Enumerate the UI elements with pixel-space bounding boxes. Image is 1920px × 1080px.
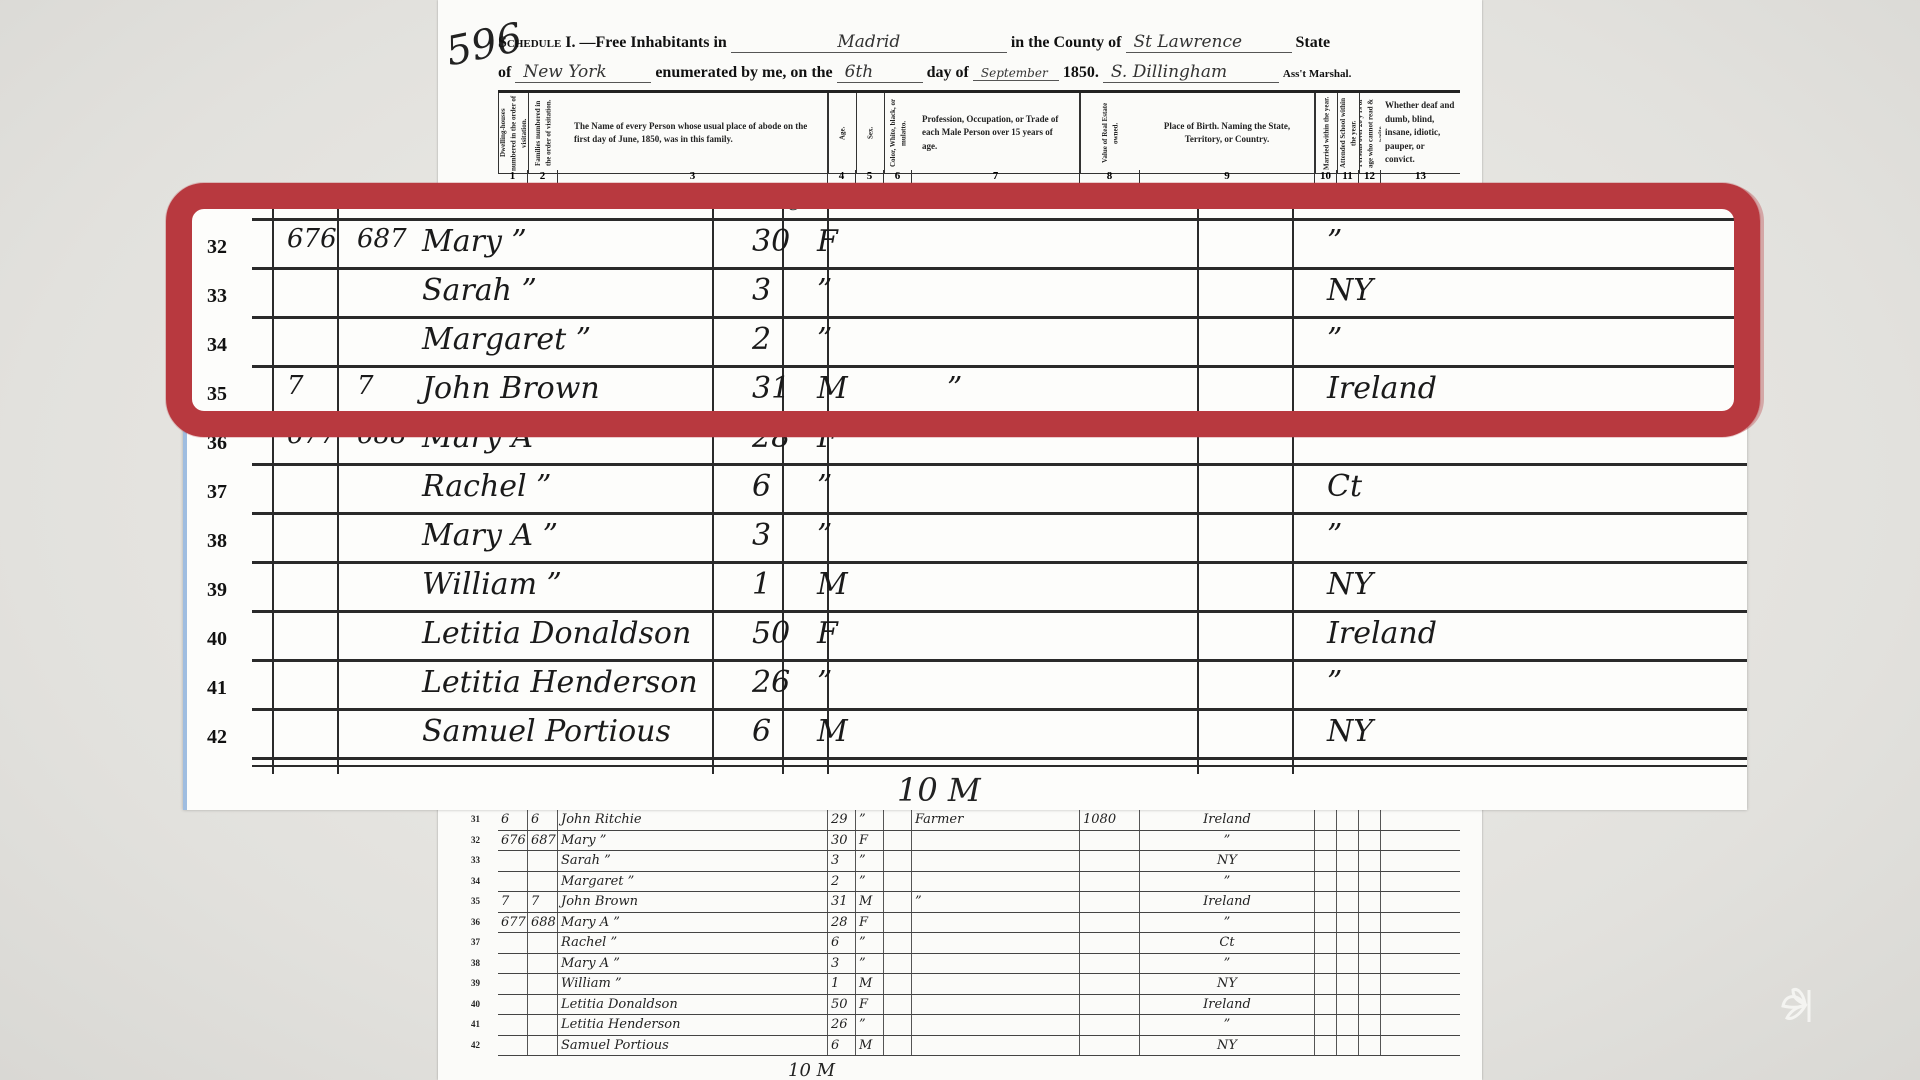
table-cell bbox=[528, 954, 558, 974]
table-cell: F bbox=[856, 995, 884, 1015]
table-row: 32676687Mary ”30F” bbox=[498, 831, 1460, 852]
line-number: 42 bbox=[468, 1036, 483, 1055]
table-cell: 50 bbox=[828, 995, 856, 1015]
col-num: 4 bbox=[828, 170, 856, 184]
cell-family: 688 bbox=[357, 420, 407, 450]
cell-birthplace: ” bbox=[1327, 665, 1342, 700]
table-cell bbox=[1381, 933, 1460, 953]
table-cell bbox=[498, 1036, 528, 1056]
table-cell bbox=[1359, 1015, 1381, 1035]
table-cell: Ireland bbox=[1140, 995, 1315, 1015]
cell-birthplace: NY bbox=[1327, 273, 1373, 308]
cell-sex: ” bbox=[817, 193, 832, 210]
table-cell bbox=[1381, 974, 1460, 994]
enlarged-row: 38Mary A ”3”” bbox=[187, 516, 1747, 564]
table-cell bbox=[884, 892, 912, 912]
table-cell bbox=[1337, 831, 1359, 851]
line-number: 31 bbox=[468, 810, 483, 829]
col-num: 10 bbox=[1315, 170, 1337, 184]
cell-age: 26 bbox=[752, 665, 790, 700]
cell-age: 29 bbox=[752, 193, 790, 210]
table-cell bbox=[498, 851, 528, 871]
cell-occupation: Farmer bbox=[947, 193, 1059, 210]
table-cell bbox=[1359, 831, 1381, 851]
cell-family: 687 bbox=[357, 224, 407, 254]
table-cell: ” bbox=[856, 810, 884, 830]
table-cell bbox=[1359, 995, 1381, 1015]
table-cell: 29 bbox=[828, 810, 856, 830]
table-cell bbox=[1315, 892, 1337, 912]
cell-name: Rachel ” bbox=[422, 469, 552, 504]
header-prefix: —Free Inhabitants in bbox=[580, 34, 727, 51]
table-row: 3577John Brown31M”Ireland bbox=[498, 892, 1460, 913]
table-cell bbox=[912, 913, 1080, 933]
cell-sex: M bbox=[817, 567, 848, 602]
cell-sex: ” bbox=[817, 273, 832, 308]
table-cell: ” bbox=[856, 851, 884, 871]
table-cell bbox=[1359, 892, 1381, 912]
enlarged-row: 40Letitia Donaldson50FIreland bbox=[187, 614, 1747, 662]
col-num: 2 bbox=[528, 170, 558, 184]
table-cell bbox=[1359, 1036, 1381, 1056]
cell-birthplace: Ireland bbox=[1327, 616, 1437, 651]
of-label: of bbox=[498, 64, 511, 81]
table-cell: M bbox=[856, 1036, 884, 1056]
row-rule bbox=[252, 218, 1747, 221]
table-cell: ” bbox=[1140, 913, 1315, 933]
marshal-signature: S. Dillingham bbox=[1103, 62, 1279, 83]
table-cell: 3 bbox=[828, 954, 856, 974]
table-cell: 6 bbox=[528, 810, 558, 830]
table-row: 42Samuel Portious6MNY bbox=[498, 1036, 1460, 1057]
table-cell bbox=[912, 851, 1080, 871]
table-cell: Mary ” bbox=[558, 831, 828, 851]
cell-age: 31 bbox=[752, 371, 790, 406]
month-field: September bbox=[973, 66, 1059, 81]
col-num: 6 bbox=[884, 170, 912, 184]
table-cell: 30 bbox=[828, 831, 856, 851]
table-cell bbox=[1315, 1015, 1337, 1035]
table-cell bbox=[1381, 995, 1460, 1015]
line-number: 35 bbox=[207, 383, 227, 406]
table-cell bbox=[1359, 954, 1381, 974]
table-cell bbox=[1080, 995, 1140, 1015]
table-cell: Ireland bbox=[1140, 892, 1315, 912]
cell-dwelling: 7 bbox=[287, 371, 304, 401]
table-row: 40Letitia Donaldson50FIreland bbox=[498, 995, 1460, 1016]
table-cell bbox=[1359, 933, 1381, 953]
cell-birthplace: Ireland bbox=[1327, 371, 1437, 406]
table-cell: William ” bbox=[558, 974, 828, 994]
row-rule bbox=[252, 708, 1747, 711]
table-cell bbox=[1080, 933, 1140, 953]
cell-sex: ” bbox=[817, 518, 832, 553]
line-number: 38 bbox=[207, 530, 227, 553]
town-field: Madrid bbox=[731, 32, 1007, 53]
table-cell: Samuel Portious bbox=[558, 1036, 828, 1056]
col-num: 8 bbox=[1080, 170, 1140, 184]
cell-birthplace: Ireland bbox=[1327, 193, 1437, 210]
cell-sex: F bbox=[817, 616, 838, 651]
table-cell: 687 bbox=[528, 831, 558, 851]
cell-name: Mary ” bbox=[422, 224, 527, 259]
table-cell bbox=[884, 974, 912, 994]
table-cell bbox=[912, 831, 1080, 851]
table-cell: ” bbox=[1140, 954, 1315, 974]
cell-name: Letitia Henderson bbox=[422, 665, 698, 700]
table-cell: NY bbox=[1140, 1036, 1315, 1056]
table-cell: Ireland bbox=[1140, 810, 1315, 830]
table-cell bbox=[1315, 933, 1337, 953]
table-cell: 1080 bbox=[1080, 810, 1140, 830]
table-cell: 7 bbox=[528, 892, 558, 912]
line-number: 34 bbox=[468, 872, 483, 891]
table-cell bbox=[528, 1015, 558, 1035]
row-rule bbox=[252, 414, 1747, 417]
col-num: 3 bbox=[558, 170, 828, 184]
table-cell bbox=[1381, 810, 1460, 830]
table-cell: 677 bbox=[498, 913, 528, 933]
enlarged-row: 33Sarah ”3”NY bbox=[187, 271, 1747, 319]
table-cell: ” bbox=[856, 954, 884, 974]
day-field: 6th bbox=[837, 62, 923, 83]
cell-sex: ” bbox=[817, 469, 832, 504]
table-cell: ” bbox=[856, 1015, 884, 1035]
table-cell bbox=[528, 872, 558, 892]
table-cell bbox=[1080, 1015, 1140, 1035]
cell-birthplace: Ct bbox=[1327, 469, 1362, 504]
enlarged-excerpt: Margaret Clark 12 F 10 M 3166John Ritchi… bbox=[183, 193, 1747, 810]
col-num: 5 bbox=[856, 170, 884, 184]
table-cell: 6 bbox=[498, 810, 528, 830]
table-cell bbox=[498, 954, 528, 974]
cell-age: 50 bbox=[752, 616, 790, 651]
col-head-8: Value of Real Estate owned. bbox=[1080, 93, 1140, 173]
line-number: 33 bbox=[468, 851, 483, 870]
line-number: 36 bbox=[207, 432, 227, 455]
line-number: 37 bbox=[468, 933, 483, 952]
table-cell bbox=[1315, 872, 1337, 892]
table-cell: NY bbox=[1140, 974, 1315, 994]
table-cell bbox=[1337, 913, 1359, 933]
table-cell bbox=[912, 974, 1080, 994]
table-cell bbox=[528, 974, 558, 994]
table-cell bbox=[1337, 974, 1359, 994]
enlarged-row: 3166John Ritchie29”Farmer1080Ireland bbox=[187, 193, 1747, 221]
table-cell bbox=[912, 1015, 1080, 1035]
table-cell: Letitia Henderson bbox=[558, 1015, 828, 1035]
leaf-logo-icon bbox=[1775, 982, 1823, 1028]
table-cell: 6 bbox=[828, 1036, 856, 1056]
table-row: 3166John Ritchie29”Farmer1080Ireland bbox=[498, 810, 1460, 831]
table-cell bbox=[528, 851, 558, 871]
col-num: 12 bbox=[1359, 170, 1381, 184]
cell-occupation: ” bbox=[947, 371, 962, 406]
col-head-11: Attended School within the year. bbox=[1337, 93, 1359, 173]
table-end-rule bbox=[252, 765, 1747, 767]
row-rule bbox=[252, 610, 1747, 613]
table-cell bbox=[1359, 913, 1381, 933]
cell-birthplace: ” bbox=[1327, 322, 1342, 357]
table-cell: 688 bbox=[528, 913, 558, 933]
table-cell: Mary A ” bbox=[558, 954, 828, 974]
cell-sex: F bbox=[817, 420, 838, 455]
cell-sex: F bbox=[817, 224, 838, 259]
col-head-5: Sex. bbox=[856, 93, 884, 173]
table-cell bbox=[1337, 995, 1359, 1015]
col-head-13: Whether deaf and dumb, blind, insane, id… bbox=[1381, 93, 1460, 173]
col-num: 1 bbox=[498, 170, 528, 184]
table-cell: ” bbox=[1140, 872, 1315, 892]
table-cell bbox=[1080, 1036, 1140, 1056]
line-number: 37 bbox=[207, 481, 227, 504]
col-num: 7 bbox=[912, 170, 1080, 184]
table-cell: Ct bbox=[1140, 933, 1315, 953]
line-number: 40 bbox=[468, 995, 483, 1014]
line-number: 35 bbox=[468, 892, 483, 911]
line-number: 36 bbox=[468, 913, 483, 932]
table-cell bbox=[1337, 810, 1359, 830]
table-cell: 26 bbox=[828, 1015, 856, 1035]
cell-age: 1 bbox=[752, 567, 771, 602]
table-row: 37Rachel ”6”Ct bbox=[498, 933, 1460, 954]
table-cell bbox=[1080, 974, 1140, 994]
col-head-7: Profession, Occupation, or Trade of each… bbox=[912, 93, 1080, 173]
table-cell bbox=[1315, 995, 1337, 1015]
table-cell bbox=[1381, 954, 1460, 974]
table-cell bbox=[1337, 1015, 1359, 1035]
table-cell bbox=[1080, 892, 1140, 912]
table-cell: M bbox=[856, 892, 884, 912]
table-cell bbox=[1315, 851, 1337, 871]
table-cell bbox=[1080, 831, 1140, 851]
table-cell bbox=[498, 933, 528, 953]
cell-age: 6 bbox=[752, 469, 771, 504]
line-number: 40 bbox=[207, 628, 227, 651]
schedule-label: Schedule I. bbox=[498, 34, 576, 51]
enlarged-row: 34Margaret ”2”” bbox=[187, 320, 1747, 368]
table-cell bbox=[912, 872, 1080, 892]
table-cell bbox=[884, 1036, 912, 1056]
enlarged-row: 32676687Mary ”30F” bbox=[187, 222, 1747, 270]
cell-name: William ” bbox=[422, 567, 562, 602]
table-cell bbox=[1080, 954, 1140, 974]
table-cell: Mary A ” bbox=[558, 913, 828, 933]
enlarged-row: 41Letitia Henderson26”” bbox=[187, 663, 1747, 711]
row-rule bbox=[252, 365, 1747, 368]
line-number: 42 bbox=[207, 726, 227, 749]
table-cell: 6 bbox=[828, 933, 856, 953]
tally-small: 10 M bbox=[788, 1060, 835, 1080]
enlarged-row: 37Rachel ”6”Ct bbox=[187, 467, 1747, 515]
table-cell bbox=[1337, 933, 1359, 953]
row-rule bbox=[252, 267, 1747, 270]
table-cell bbox=[1381, 913, 1460, 933]
table-cell bbox=[884, 810, 912, 830]
col-head-2: Families numbered in the order of visita… bbox=[528, 93, 558, 173]
year-label: 1850. bbox=[1063, 64, 1099, 81]
table-row: 38Mary A ”3”” bbox=[498, 954, 1460, 975]
table-cell bbox=[884, 851, 912, 871]
tally: 10 M bbox=[897, 771, 981, 809]
row-rule bbox=[252, 757, 1747, 760]
table-cell bbox=[1080, 851, 1140, 871]
cell-birthplace: ” bbox=[1327, 224, 1342, 259]
cell-name: Samuel Portious bbox=[422, 714, 671, 749]
table-cell bbox=[1337, 1036, 1359, 1056]
table-cell: M bbox=[856, 974, 884, 994]
col-head-3: The Name of every Person whose usual pla… bbox=[558, 93, 828, 173]
table-cell bbox=[912, 933, 1080, 953]
table-cell bbox=[1359, 872, 1381, 892]
table-cell: John Brown bbox=[558, 892, 828, 912]
table-cell bbox=[498, 1015, 528, 1035]
col-head-1: Dwelling-houses numbered in the order of… bbox=[498, 93, 528, 173]
cell-name: John Ritchie bbox=[422, 193, 608, 210]
table-cell bbox=[884, 831, 912, 851]
line-number: 41 bbox=[468, 1015, 483, 1034]
table-cell bbox=[1315, 974, 1337, 994]
table-row: 39William ”1MNY bbox=[498, 974, 1460, 995]
table-cell bbox=[884, 933, 912, 953]
table-cell bbox=[1315, 913, 1337, 933]
line-number: 39 bbox=[468, 974, 483, 993]
cell-name: Mary A ” bbox=[422, 518, 558, 553]
table-cell bbox=[1315, 810, 1337, 830]
table-cell bbox=[1381, 1036, 1460, 1056]
table-cell: Farmer bbox=[912, 810, 1080, 830]
cell-birthplace: NY bbox=[1327, 567, 1373, 602]
table-cell bbox=[884, 913, 912, 933]
state-label: State bbox=[1296, 34, 1331, 51]
col-head-6: Color, White, black, or mulatto. bbox=[884, 93, 912, 173]
cell-age: 2 bbox=[752, 322, 771, 357]
table-cell bbox=[1080, 913, 1140, 933]
table-cell: 1 bbox=[828, 974, 856, 994]
table-cell bbox=[528, 933, 558, 953]
table-cell bbox=[884, 1015, 912, 1035]
table-cell bbox=[1359, 851, 1381, 871]
cell-real-estate: 1080 bbox=[1157, 193, 1233, 210]
cell-age: 28 bbox=[752, 420, 790, 455]
table-cell bbox=[1337, 851, 1359, 871]
cell-name: John Brown bbox=[422, 371, 600, 406]
county-field: St Lawrence bbox=[1126, 32, 1292, 53]
table-cell: ” bbox=[1140, 1015, 1315, 1035]
cell-name: Margaret ” bbox=[422, 322, 591, 357]
table-cell bbox=[1359, 810, 1381, 830]
col-num: 9 bbox=[1140, 170, 1315, 184]
cell-name: Mary A ” bbox=[422, 420, 558, 455]
line-number: 39 bbox=[207, 579, 227, 602]
table-cell: ” bbox=[912, 892, 1080, 912]
table-cell bbox=[1337, 872, 1359, 892]
cell-birthplace: ” bbox=[1327, 518, 1342, 553]
line-number: 32 bbox=[468, 831, 483, 850]
column-numbers: 1 2 3 4 5 6 7 8 9 10 11 12 13 bbox=[498, 170, 1460, 185]
header-line-2: of New York enumerated by me, on the 6th… bbox=[498, 62, 1351, 83]
table-cell bbox=[912, 995, 1080, 1015]
cell-age: 30 bbox=[752, 224, 790, 259]
table-cell: Rachel ” bbox=[558, 933, 828, 953]
col-head-4: Age. bbox=[828, 93, 856, 173]
table-cell bbox=[528, 995, 558, 1015]
table-cell bbox=[884, 954, 912, 974]
header-line-1: Schedule I. —Free Inhabitants in Madrid … bbox=[498, 32, 1330, 53]
enlarged-row: 42Samuel Portious6MNY bbox=[187, 712, 1747, 760]
table-row: 34Margaret ”2”” bbox=[498, 872, 1460, 893]
table-row: 36677688Mary A ”28F” bbox=[498, 913, 1460, 934]
row-rule bbox=[252, 659, 1747, 662]
cell-sex: ” bbox=[817, 322, 832, 357]
table-cell: NY bbox=[1140, 851, 1315, 871]
table-cell: Sarah ” bbox=[558, 851, 828, 871]
col-num: 13 bbox=[1381, 170, 1460, 184]
table-cell: 3 bbox=[828, 851, 856, 871]
row-rule bbox=[252, 561, 1747, 564]
column-headers: Dwelling-houses numbered in the order of… bbox=[498, 90, 1460, 174]
state-field: New York bbox=[515, 62, 651, 83]
enumerated-label: enumerated by me, on the bbox=[655, 64, 832, 81]
table-cell: ” bbox=[1140, 831, 1315, 851]
line-number: 34 bbox=[207, 334, 227, 357]
census-table-small: 3166John Ritchie29”Farmer1080Ireland3267… bbox=[498, 810, 1460, 1056]
table-cell: ” bbox=[856, 872, 884, 892]
enlarged-row: 3577John Brown31M”Ireland bbox=[187, 369, 1747, 417]
cell-sex: M bbox=[817, 371, 848, 406]
line-number: 41 bbox=[207, 677, 227, 700]
col-head-12: Persons over 20 y'rs of age who cannot r… bbox=[1359, 93, 1381, 173]
cell-sex: ” bbox=[817, 665, 832, 700]
cell-age: 3 bbox=[752, 518, 771, 553]
cell-sex: M bbox=[817, 714, 848, 749]
cell-name: Sarah ” bbox=[422, 273, 537, 308]
table-cell bbox=[498, 974, 528, 994]
table-cell: 31 bbox=[828, 892, 856, 912]
row-rule bbox=[252, 316, 1747, 319]
table-cell: John Ritchie bbox=[558, 810, 828, 830]
table-cell: Letitia Donaldson bbox=[558, 995, 828, 1015]
table-cell bbox=[1381, 872, 1460, 892]
table-cell bbox=[912, 954, 1080, 974]
table-cell bbox=[1315, 954, 1337, 974]
col-head-9: Place of Birth. Naming the State, Territ… bbox=[1140, 93, 1315, 173]
line-number: 32 bbox=[207, 236, 227, 259]
row-rule bbox=[252, 463, 1747, 466]
table-cell: 28 bbox=[828, 913, 856, 933]
cell-name: Letitia Donaldson bbox=[422, 616, 691, 651]
table-cell: F bbox=[856, 831, 884, 851]
table-cell bbox=[1080, 872, 1140, 892]
table-cell bbox=[884, 995, 912, 1015]
table-cell: 7 bbox=[498, 892, 528, 912]
line-number: 33 bbox=[207, 285, 227, 308]
table-cell: F bbox=[856, 913, 884, 933]
table-cell bbox=[1315, 1036, 1337, 1056]
col-num: 11 bbox=[1337, 170, 1359, 184]
table-cell: 676 bbox=[498, 831, 528, 851]
cell-age: 6 bbox=[752, 714, 771, 749]
table-cell bbox=[1359, 974, 1381, 994]
cell-age: 3 bbox=[752, 273, 771, 308]
table-cell bbox=[1381, 851, 1460, 871]
line-number: 31 bbox=[207, 193, 227, 210]
day-of-label: day of bbox=[927, 64, 969, 81]
marshal-label: Ass't Marshal. bbox=[1283, 68, 1351, 80]
table-cell bbox=[912, 1036, 1080, 1056]
table-cell bbox=[1381, 1015, 1460, 1035]
table-cell bbox=[884, 872, 912, 892]
